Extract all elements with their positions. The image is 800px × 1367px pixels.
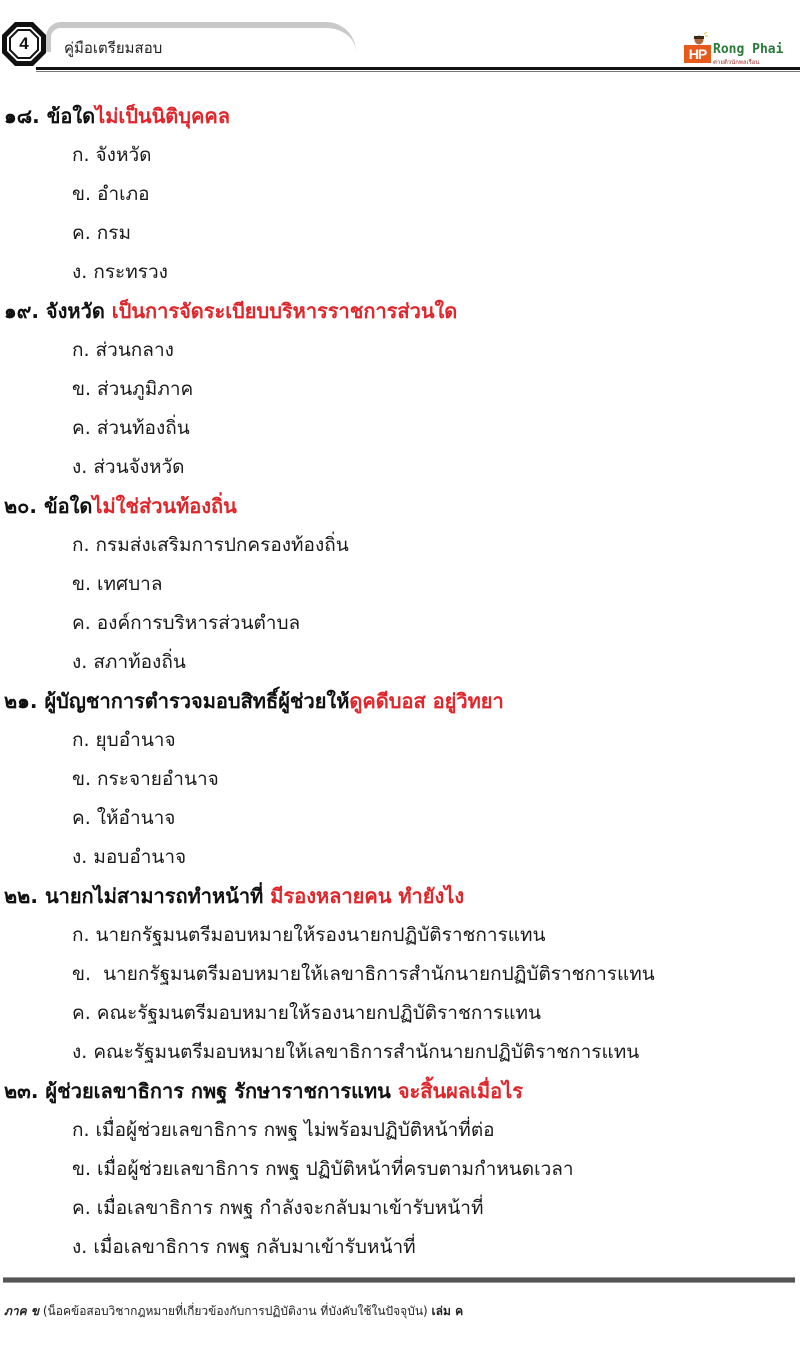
option-text: เมื่อเลขาธิการ กพฐ กลับมาเข้ารับหน้าที่ bbox=[93, 1236, 415, 1258]
footer-part: ภาค ข bbox=[4, 1304, 39, 1318]
option-text: คณะรัฐมนตรีมอบหมายให้รองนายกปฏิบัติราชกา… bbox=[97, 1002, 541, 1024]
option-text: เมื่อผู้ช่วยเลขาธิการ กพฐ ปฏิบัติหน้าที่… bbox=[97, 1158, 574, 1180]
option-text: สภาท้องถิ่น bbox=[93, 651, 186, 673]
book-title: คู่มือเตรียมสอบ bbox=[64, 36, 162, 60]
question-highlight: จะสิ้นผลเมื่อไร bbox=[398, 1079, 523, 1103]
option-a: ก.เมื่อผู้ช่วยเลขาธิการ กพฐ ไม่พร้อมปฏิบ… bbox=[0, 1111, 800, 1150]
option-text: จังหวัด bbox=[96, 144, 152, 166]
option-letter: ค. bbox=[72, 1197, 91, 1219]
question-highlight: ไม่ใช่ส่วนท้องถิ่น bbox=[92, 494, 236, 518]
question-number: ๒๑. bbox=[4, 689, 37, 713]
option-a: ก.จังหวัด bbox=[0, 136, 800, 175]
question-23: ๒๓. ผู้ช่วยเลขาธิการ กพฐ รักษาราชการแทน … bbox=[0, 1072, 800, 1267]
question-text: ผู้ช่วยเลขาธิการ กพฐ รักษาราชการแทน bbox=[45, 1079, 397, 1103]
logo-subtitle: ค่ายติวนักพลเรือน bbox=[713, 57, 760, 67]
question-number: ๑๘. bbox=[4, 104, 40, 128]
option-text: ส่วนท้องถิ่น bbox=[97, 417, 190, 439]
question-21: ๒๑. ผู้บัญชาการตำรวจมอบสิทธิ์ผู้ช่วยให้ด… bbox=[0, 682, 800, 877]
option-a: ก.กรมส่งเสริมการปกครองท้องถิ่น bbox=[0, 526, 800, 565]
option-letter: ค. bbox=[72, 1002, 91, 1024]
question-number: ๑๙. bbox=[4, 299, 39, 323]
question-highlight: มีรองหลายคน ทำยังไง bbox=[270, 884, 464, 908]
footer-divider bbox=[3, 1277, 795, 1283]
option-text: เทศบาล bbox=[97, 573, 162, 595]
question-highlight: ดูคดีบอส อยู่วิทยา bbox=[349, 689, 503, 713]
page-number-badge: 4 bbox=[1, 21, 47, 67]
option-text: องค์การบริหารส่วนตำบล bbox=[97, 612, 300, 634]
option-text: นายกรัฐมนตรีมอบหมายให้เลขาธิการสำนักนายก… bbox=[97, 963, 655, 985]
option-letter: ข. bbox=[72, 183, 91, 205]
option-letter: ข. bbox=[72, 1158, 91, 1180]
option-b: ข. นายกรัฐมนตรีมอบหมายให้เลขาธิการสำนักน… bbox=[0, 955, 800, 994]
option-letter: ง. bbox=[72, 456, 87, 478]
option-letter: ข. bbox=[72, 768, 91, 790]
option-text: เมื่อเลขาธิการ กพฐ กำลังจะกลับมาเข้ารับห… bbox=[97, 1197, 484, 1219]
page-number: 4 bbox=[1, 21, 47, 67]
question-18: ๑๘. ข้อใดไม่เป็นนิติบุคคล ก.จังหวัด ข.อำ… bbox=[0, 97, 800, 292]
option-d: ง.คณะรัฐมนตรีมอบหมายให้เลขาธิการสำนักนาย… bbox=[0, 1033, 800, 1072]
logo-brand: Rong Phai bbox=[713, 42, 783, 57]
option-letter: ก. bbox=[72, 144, 90, 166]
question-stem: ๒๓. ผู้ช่วยเลขาธิการ กพฐ รักษาราชการแทน … bbox=[0, 1072, 800, 1111]
page-header: 4 คู่มือเตรียมสอบ HP Rong Phai ค่ายติวนั… bbox=[0, 0, 800, 80]
option-text: กรม bbox=[97, 222, 131, 244]
option-b: ข.เมื่อผู้ช่วยเลขาธิการ กพฐ ปฏิบัติหน้าท… bbox=[0, 1150, 800, 1189]
option-d: ง.ส่วนจังหวัด bbox=[0, 448, 800, 487]
option-text: ส่วนจังหวัด bbox=[93, 456, 184, 478]
option-text: เมื่อผู้ช่วยเลขาธิการ กพฐ ไม่พร้อมปฏิบัต… bbox=[96, 1119, 495, 1141]
option-d: ง.เมื่อเลขาธิการ กพฐ กลับมาเข้ารับหน้าที… bbox=[0, 1228, 800, 1267]
option-text: คณะรัฐมนตรีมอบหมายให้เลขาธิการสำนักนายกป… bbox=[93, 1041, 639, 1063]
option-text: ส่วนภูมิภาค bbox=[97, 378, 193, 400]
option-text: อำเภอ bbox=[97, 183, 150, 205]
option-letter: ข. bbox=[72, 573, 91, 595]
option-letter: ค. bbox=[72, 222, 91, 244]
question-text: ข้อใด bbox=[47, 104, 95, 128]
question-highlight: ไม่เป็นนิติบุคคล bbox=[95, 104, 230, 128]
option-text: นายกรัฐมนตรีมอบหมายให้รองนายกปฏิบัติราชก… bbox=[96, 924, 546, 946]
option-b: ข.กระจายอำนาจ bbox=[0, 760, 800, 799]
question-19: ๑๙. จังหวัด เป็นการจัดระเบียบบริหารราชกา… bbox=[0, 292, 800, 487]
option-b: ข.เทศบาล bbox=[0, 565, 800, 604]
option-d: ง.กระทรวง bbox=[0, 253, 800, 292]
option-letter: ก. bbox=[72, 924, 90, 946]
option-b: ข.อำเภอ bbox=[0, 175, 800, 214]
option-text: ส่วนกลาง bbox=[96, 339, 174, 361]
option-c: ค.กรม bbox=[0, 214, 800, 253]
question-number: ๒๓. bbox=[4, 1079, 38, 1103]
option-letter: ก. bbox=[72, 1119, 90, 1141]
option-c: ค.คณะรัฐมนตรีมอบหมายให้รองนายกปฏิบัติราช… bbox=[0, 994, 800, 1033]
option-a: ก.นายกรัฐมนตรีมอบหมายให้รองนายกปฏิบัติรา… bbox=[0, 916, 800, 955]
option-letter: ข. bbox=[72, 963, 91, 985]
option-letter: ค. bbox=[72, 417, 91, 439]
question-stem: ๑๘. ข้อใดไม่เป็นนิติบุคคล bbox=[0, 97, 800, 136]
question-number: ๒๐. bbox=[4, 494, 37, 518]
option-text: กระจายอำนาจ bbox=[97, 768, 219, 790]
question-text: ผู้บัญชาการตำรวจมอบสิทธิ์ผู้ช่วยให้ bbox=[44, 689, 349, 713]
option-letter: ข. bbox=[72, 378, 91, 400]
option-text: กรมส่งเสริมการปกครองท้องถิ่น bbox=[96, 534, 349, 556]
footer-description: (น็อคข้อสอบวิชากฎหมายที่เกี่ยวข้องกับการ… bbox=[39, 1304, 431, 1318]
logo-mark: HP bbox=[684, 45, 711, 63]
question-20: ๒๐. ข้อใดไม่ใช่ส่วนท้องถิ่น ก.กรมส่งเสริ… bbox=[0, 487, 800, 682]
option-c: ค.ส่วนท้องถิ่น bbox=[0, 409, 800, 448]
option-b: ข.ส่วนภูมิภาค bbox=[0, 370, 800, 409]
option-letter: ง. bbox=[72, 651, 87, 673]
option-letter: ง. bbox=[72, 1041, 87, 1063]
question-text: ข้อใด bbox=[44, 494, 92, 518]
question-list: ๑๘. ข้อใดไม่เป็นนิติบุคคล ก.จังหวัด ข.อำ… bbox=[0, 97, 800, 1267]
option-letter: ง. bbox=[72, 261, 87, 283]
option-letter: ก. bbox=[72, 339, 90, 361]
option-text: มอบอำนาจ bbox=[93, 846, 186, 868]
question-stem: ๒๐. ข้อใดไม่ใช่ส่วนท้องถิ่น bbox=[0, 487, 800, 526]
question-stem: ๒๑. ผู้บัญชาการตำรวจมอบสิทธิ์ผู้ช่วยให้ด… bbox=[0, 682, 800, 721]
option-letter: ง. bbox=[72, 846, 87, 868]
question-number: ๒๒. bbox=[4, 884, 38, 908]
option-d: ง.สภาท้องถิ่น bbox=[0, 643, 800, 682]
question-22: ๒๒. นายกไม่สามารถทำหน้าที่ มีรองหลายคน ท… bbox=[0, 877, 800, 1072]
option-c: ค.เมื่อเลขาธิการ กพฐ กำลังจะกลับมาเข้ารั… bbox=[0, 1189, 800, 1228]
question-text: จังหวัด bbox=[46, 299, 112, 323]
option-text: กระทรวง bbox=[93, 261, 168, 283]
question-highlight: เป็นการจัดระเบียบบริหารราชการส่วนใด bbox=[112, 299, 458, 323]
question-stem: ๑๙. จังหวัด เป็นการจัดระเบียบบริหารราชกา… bbox=[0, 292, 800, 331]
option-letter: ก. bbox=[72, 534, 90, 556]
mascot-icon bbox=[690, 32, 708, 45]
option-text: ยุบอำนาจ bbox=[96, 729, 176, 751]
option-a: ก.ยุบอำนาจ bbox=[0, 721, 800, 760]
option-letter: ค. bbox=[72, 807, 91, 829]
option-text: ให้อำนาจ bbox=[97, 807, 176, 829]
option-letter: ค. bbox=[72, 612, 91, 634]
page-footer: ภาค ข (น็อคข้อสอบวิชากฎหมายที่เกี่ยวข้อง… bbox=[4, 1302, 463, 1321]
option-c: ค.องค์การบริหารส่วนตำบล bbox=[0, 604, 800, 643]
question-text: นายกไม่สามารถทำหน้าที่ bbox=[45, 884, 270, 908]
option-letter: ง. bbox=[72, 1236, 87, 1258]
option-d: ง.มอบอำนาจ bbox=[0, 838, 800, 877]
option-letter: ก. bbox=[72, 729, 90, 751]
question-stem: ๒๒. นายกไม่สามารถทำหน้าที่ มีรองหลายคน ท… bbox=[0, 877, 800, 916]
footer-volume: เล่ม ค bbox=[432, 1304, 464, 1318]
option-a: ก.ส่วนกลาง bbox=[0, 331, 800, 370]
header-divider-thin bbox=[36, 71, 800, 72]
option-c: ค.ให้อำนาจ bbox=[0, 799, 800, 838]
header-divider bbox=[36, 67, 800, 70]
publisher-logo: HP Rong Phai ค่ายติวนักพลเรือน bbox=[684, 32, 800, 66]
